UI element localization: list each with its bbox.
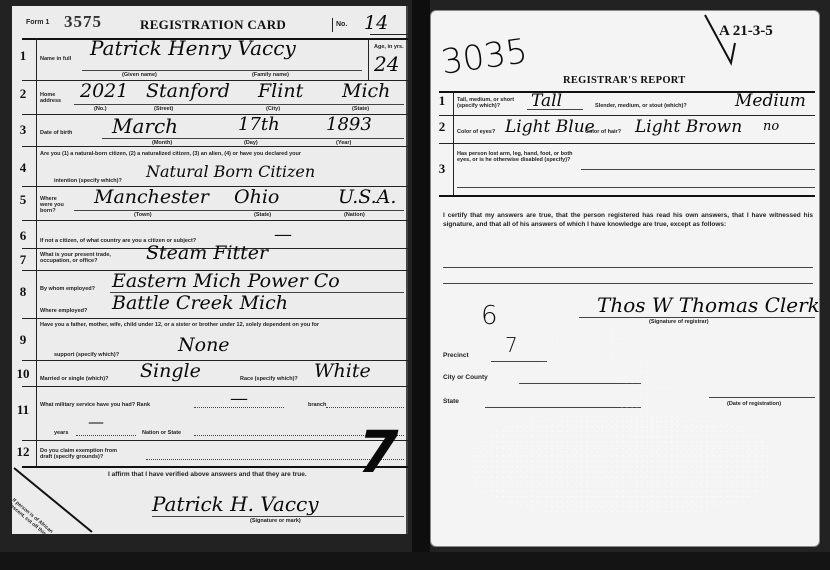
- state-label: State: [443, 399, 459, 405]
- age-label: Age, in yrs.: [374, 44, 406, 50]
- city-county-label: City or County: [443, 375, 488, 381]
- underline: [581, 169, 815, 170]
- sub-label: (Nation): [344, 212, 365, 218]
- sub-label: (State): [254, 212, 271, 218]
- row-label: Nation or State: [142, 430, 181, 436]
- name-value: Patrick Henry Vaccy: [90, 36, 296, 60]
- redaction-blur: [531, 327, 641, 367]
- row-rule: [439, 115, 815, 116]
- row-label: support (specify which)?: [54, 352, 119, 358]
- registrar-signature-label: (Signature of registrar): [649, 319, 709, 325]
- birthplace-nation: U.S.A.: [338, 186, 396, 208]
- row-number: 1: [16, 48, 30, 64]
- birth-year: 1893: [326, 114, 372, 135]
- birth-day: 17th: [238, 114, 280, 135]
- exceptions-line: [443, 267, 813, 268]
- row-label: Color of hair?: [585, 129, 621, 135]
- sub-label: (Street): [154, 106, 173, 112]
- row-rule: [22, 386, 408, 387]
- registrant-signature: Patrick H. Vaccy: [152, 492, 319, 516]
- number-column-rule: [36, 38, 37, 466]
- address-street: Stanford: [146, 80, 230, 102]
- registration-card: Form 1 3575 REGISTRATION CARD No. 14 1 N…: [12, 6, 408, 534]
- citizenship-value: Natural Born Citizen: [146, 162, 315, 181]
- row-number: 3: [16, 122, 30, 138]
- certification-text: I certify that my answers are true, that…: [443, 211, 813, 229]
- row-number: 2: [16, 86, 30, 102]
- underline: [102, 138, 404, 139]
- row-rule: [22, 220, 408, 221]
- sub-label: (City): [266, 106, 280, 112]
- report-title: REGISTRAR'S REPORT: [563, 75, 686, 86]
- employer-location-value: Battle Creek Mich: [112, 292, 288, 314]
- underline: [74, 210, 404, 211]
- redaction-blur: [621, 361, 681, 441]
- handwritten-serial: 3035: [439, 31, 530, 83]
- underline: [194, 407, 284, 408]
- handwritten-six: 6: [481, 301, 498, 331]
- military-rank-value: —: [230, 388, 248, 409]
- row-label: By whom employed?: [40, 286, 95, 292]
- sub-label: (No.): [94, 106, 107, 112]
- sub-label: (Family name): [252, 72, 289, 78]
- row-rule: [22, 146, 408, 147]
- row-number: 4: [16, 160, 30, 176]
- row-label: Home address: [40, 92, 70, 104]
- row-number: 5: [16, 192, 30, 208]
- row-label: Where were you born?: [40, 196, 70, 214]
- date-line: [709, 397, 815, 398]
- stamp-code: A 21-3-5: [719, 23, 773, 40]
- birthplace-town: Manchester: [94, 186, 209, 208]
- underline: [74, 104, 404, 105]
- row-number: 10: [16, 366, 30, 382]
- row-number: 3: [435, 161, 449, 177]
- row-label: Married or single (which)?: [40, 376, 108, 382]
- row-label: Name in full: [40, 56, 71, 62]
- row-label: Do you claim exemption from draft (speci…: [40, 448, 130, 460]
- check-mark-stamp-icon: [701, 13, 751, 67]
- height-value: Tall: [531, 91, 562, 111]
- foreign-citizenship-value: —: [274, 224, 292, 245]
- address-state: Mich: [342, 80, 390, 102]
- row-number: 9: [16, 332, 30, 348]
- row-number: 2: [435, 119, 449, 135]
- eye-color-value: Light Blue: [505, 117, 595, 137]
- row-label: What military service have you had? Rank: [40, 402, 150, 408]
- hair-color-extra: no: [763, 119, 779, 134]
- birth-month: March: [112, 114, 178, 138]
- occupation-value: Steam Fitter: [146, 242, 268, 264]
- affirmation-text: I affirm that I have verified above answ…: [108, 472, 307, 478]
- card-no-value: 14: [364, 12, 388, 34]
- row-rule: [439, 143, 815, 144]
- row-number: 6: [16, 228, 30, 244]
- underline: [76, 435, 136, 436]
- sub-label: (State): [352, 106, 369, 112]
- signature-line: [152, 516, 404, 517]
- row-rule: [22, 318, 408, 319]
- signature-label: (Signature or mark): [250, 518, 301, 524]
- row-label: years: [54, 430, 68, 436]
- row-label: Date of birth: [40, 130, 72, 136]
- row-number: 11: [16, 402, 30, 418]
- big-handwritten-mark: 7: [351, 418, 406, 486]
- precinct-label: Precinct: [443, 353, 469, 359]
- divider: [368, 40, 369, 80]
- registrar-signature: Thos W Thomas Clerk: [597, 293, 820, 317]
- underline: [527, 109, 583, 110]
- card-no-label: No.: [336, 22, 347, 28]
- row-label: Tall, medium, or short (specify which)?: [457, 97, 519, 109]
- row-number: 8: [16, 284, 30, 300]
- precinct-line: [491, 361, 547, 362]
- marital-status-value: Single: [140, 360, 201, 382]
- scan-gutter: [412, 0, 430, 570]
- row-number: 12: [16, 444, 30, 460]
- precinct-value: 7: [505, 333, 518, 357]
- row-number: 1: [435, 93, 449, 109]
- date-of-registration-label: (Date of registration): [727, 401, 781, 407]
- row-label: branch: [308, 402, 326, 408]
- row-label: Race (specify which)?: [240, 376, 298, 382]
- underline: [457, 187, 815, 188]
- hair-color-value: Light Brown: [635, 117, 742, 137]
- dependents-value: None: [178, 334, 230, 356]
- address-number: 2021: [80, 80, 128, 102]
- military-years-value: —: [88, 412, 104, 431]
- row-number: 7: [16, 252, 30, 268]
- row-label: What is your present trade, occupation, …: [40, 252, 120, 264]
- row-label: Slender, medium, or stout (which)?: [595, 103, 687, 109]
- age-value: 24: [374, 52, 399, 76]
- build-value: Medium: [735, 91, 806, 111]
- birthplace-state: Ohio: [234, 186, 279, 208]
- redaction-blur: [471, 415, 771, 515]
- race-value: White: [314, 360, 371, 382]
- form-label: Form 1: [26, 20, 49, 26]
- card-title: REGISTRATION CARD: [140, 17, 286, 33]
- bottom-rule: [439, 195, 815, 197]
- employer-value: Eastern Mich Power Co: [112, 270, 340, 292]
- underline: [326, 407, 404, 408]
- sub-label: (Given name): [122, 72, 157, 78]
- row-label: intention (specify which)?: [54, 178, 122, 184]
- divider: [332, 18, 333, 32]
- serial-number-stamp: 3575: [64, 12, 102, 32]
- divider: [370, 34, 408, 35]
- corner-cutoff-diagonal: [12, 466, 102, 534]
- sub-label: (Town): [134, 212, 152, 218]
- address-city: Flint: [258, 80, 303, 102]
- row-rule: [22, 440, 408, 441]
- row-label: Has person lost arm, leg, hand, foot, or…: [457, 151, 577, 163]
- state-line: [485, 407, 641, 408]
- row-label: Where employed?: [40, 308, 87, 314]
- scan-bottom-band: [0, 552, 830, 570]
- signature-line: [579, 317, 815, 318]
- row-label: Color of eyes?: [457, 129, 495, 135]
- row-question: Are you (1) a natural-born citizen, (2) …: [40, 151, 406, 157]
- underline: [82, 70, 362, 71]
- row-question: Have you a father, mother, wife, child u…: [40, 322, 406, 328]
- exceptions-line: [443, 283, 813, 284]
- registrars-report: 3035 A 21-3-5 REGISTRAR'S REPORT 1 Tall,…: [430, 10, 820, 547]
